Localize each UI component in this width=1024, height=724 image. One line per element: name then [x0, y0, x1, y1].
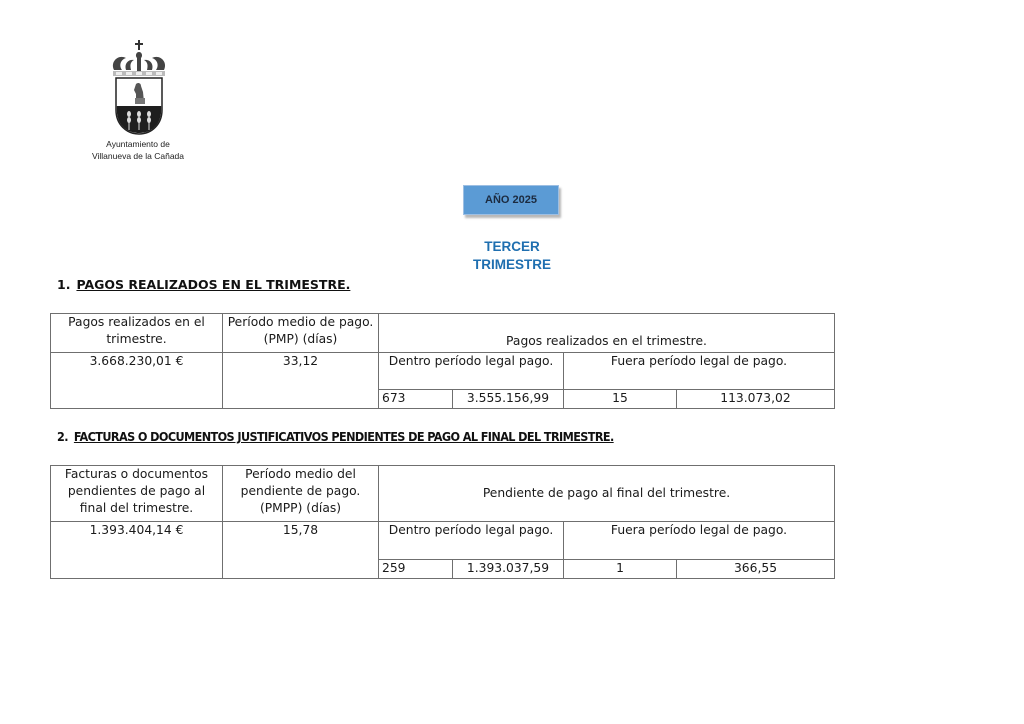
- header-outside-legal: Fuera período legal de pago.: [564, 353, 835, 390]
- payments-table: Pagos realizados en el trimestre. Períod…: [50, 313, 835, 409]
- header-pmpp: Período medio del pendiente de pago. (PM…: [223, 466, 379, 522]
- section2-title: FACTURAS O DOCUMENTOS JUSTIFICATIVOS PEN…: [74, 429, 614, 444]
- organization-name: Ayuntamiento de Villanueva de la Cañada: [70, 138, 206, 162]
- outside-count: 15: [564, 390, 677, 409]
- payments-total-value: 3.668.230,01 €: [51, 353, 223, 409]
- pending-total-value: 1.393.404,14 €: [51, 522, 223, 579]
- organization-line2: Villanueva de la Cañada: [70, 150, 206, 162]
- within-amount: 1.393.037,59: [453, 560, 564, 579]
- section1-number: 1.: [57, 277, 70, 292]
- header-within-legal: Dentro período legal pago.: [379, 522, 564, 560]
- section2-heading: 2.FACTURAS O DOCUMENTOS JUSTIFICATIVOS P…: [57, 429, 614, 444]
- header-payments-total: Pagos realizados en el trimestre.: [51, 314, 223, 353]
- pending-invoices-table: Facturas o documentos pendientes de pago…: [50, 465, 835, 579]
- outside-count: 1: [564, 560, 677, 579]
- quarter-title: TERCER TRIMESTRE: [412, 238, 612, 274]
- within-amount: 3.555.156,99: [453, 390, 564, 409]
- header-pending-total: Facturas o documentos pendientes de pago…: [51, 466, 223, 522]
- header-pmp: Período medio de pago. (PMP) (días): [223, 314, 379, 353]
- pmp-value: 33,12: [223, 353, 379, 409]
- header-pending-group: Pendiente de pago al final del trimestre…: [379, 466, 835, 522]
- section1-title: PAGOS REALIZADOS EN EL TRIMESTRE.: [76, 277, 350, 292]
- outside-amount: 366,55: [677, 560, 835, 579]
- within-count: 259: [379, 560, 453, 579]
- section2-number: 2.: [57, 429, 68, 444]
- coat-of-arms-icon: [108, 40, 170, 136]
- header-within-legal: Dentro período legal pago.: [379, 353, 564, 390]
- pmpp-value: 15,78: [223, 522, 379, 579]
- within-count: 673: [379, 390, 453, 409]
- section1-heading: 1.PAGOS REALIZADOS EN EL TRIMESTRE.: [57, 277, 350, 292]
- header-payments-group: Pagos realizados en el trimestre.: [379, 314, 835, 353]
- outside-amount: 113.073,02: [677, 390, 835, 409]
- organization-line1: Ayuntamiento de: [70, 138, 206, 150]
- header-outside-legal: Fuera período legal de pago.: [564, 522, 835, 560]
- year-badge: AÑO 2025: [463, 185, 559, 215]
- quarter-line1: TERCER: [412, 238, 612, 256]
- quarter-line2: TRIMESTRE: [412, 256, 612, 274]
